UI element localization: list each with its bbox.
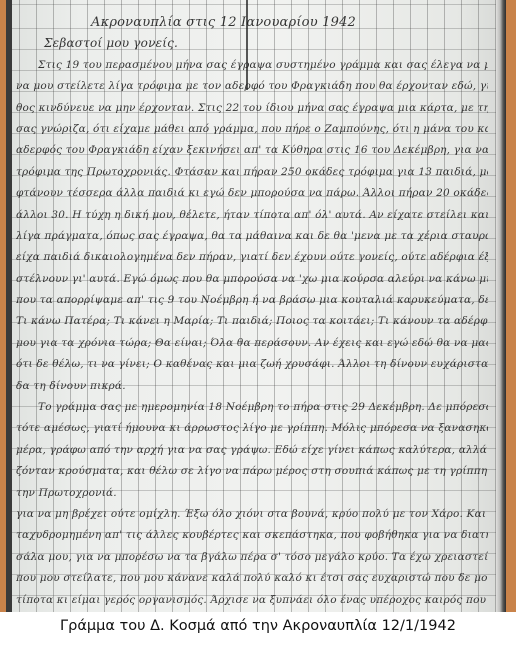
paper-left-shadow <box>6 0 12 612</box>
letter-line: φτάνουν τέσσερα άλλα παιδιά κι εγώ δεν μ… <box>16 183 488 204</box>
letter-line: ότι δε θέλω, τι να γίνει; Ο καθένας και … <box>16 354 488 375</box>
letter-line: τρόφιμα της Πρωτοχρονιάς. Φτάσαν και πήρ… <box>16 162 488 183</box>
letter-greeting: Σεβαστοί μου γονείς. <box>16 33 488 54</box>
letter-line: την Πρωτοχρονιά. <box>16 483 488 504</box>
letter-line: Στις 19 του περασμένου μήνα σας έγραψα σ… <box>16 55 488 76</box>
letter-line: τίποτα κι είμαι γερός οργανισμός. Άρχισε… <box>16 590 488 611</box>
letter-line: για να μη βρέχει ούτε ομίχλη. Έξω όλο χι… <box>16 504 488 525</box>
handwritten-text: Ακροναυπλία στις 12 Ιανουαρίου 1942 Σεβα… <box>16 12 488 612</box>
letter-line: άλλοι 30. Η τύχη η δική μου, θέλετε, ήτα… <box>16 205 488 226</box>
letter-line: στέλνουν γι' αυτά. Εγώ όμως που θα μπορο… <box>16 269 488 290</box>
letter-line: αδερφός του Φραγκιάδη είχαν ξεκινήσει απ… <box>16 140 488 161</box>
letter-line: ζόνταν κρούσματα, και θέλω σε λίγο να πά… <box>16 461 488 482</box>
letter-line: Το γράμμα σας με ημερομηνία 18 Νοέμβρη τ… <box>16 397 488 418</box>
letter-line: μου για τα χρόνια τώρα; Θα είναι; Όλα θα… <box>16 333 488 354</box>
paper-right-edge <box>496 0 506 612</box>
letter-header: Ακροναυπλία στις 12 Ιανουαρίου 1942 <box>16 12 488 33</box>
letter-line: μέρα, γράφω από την αρχή για να σας γράψ… <box>16 440 488 461</box>
letter-line: σάλα μου, για να μπορέσω να τα βγάλω πέρ… <box>16 547 488 568</box>
document-figure: Ακροναυπλία στις 12 Ιανουαρίου 1942 Σεβα… <box>0 0 516 650</box>
letter-line: να μου στείλετε λίγα τρόφιμα με τον αδερ… <box>16 76 488 97</box>
letter-line: τότε αμέσως, γιατί ήμουνα κι άρρωστος λί… <box>16 418 488 439</box>
letter-line: που μου στείλατε, που μου κάνανε καλά πο… <box>16 568 488 589</box>
letter-photograph: Ακροναυπλία στις 12 Ιανουαρίου 1942 Σεβα… <box>0 0 516 612</box>
letter-line: δα τη δίνουν πικρά. <box>16 376 488 397</box>
letter-paper: Ακροναυπλία στις 12 Ιανουαρίου 1942 Σεβα… <box>6 0 506 612</box>
letter-line: λίγα πράγματα, όπως σας έγραψα, θα τα μά… <box>16 226 488 247</box>
letter-line: ταχυδρομημένη απ' τις άλλες κουβέρτες κα… <box>16 525 488 546</box>
letter-line: θος κινδύνευε να μην έρχονταν. Στις 22 τ… <box>16 98 488 119</box>
letter-line: που τα απορρίψαμε απ' τις 9 του Νοέμβρη … <box>16 290 488 311</box>
letter-line: σας γνώριζα, ότι είχαμε μάθει από γράμμα… <box>16 119 488 140</box>
letter-line: και η όλη μου τη ζωή. Ο Φορμάς αφήσει κι… <box>16 611 488 612</box>
figure-caption: Γράμμα του Δ. Κοσμά από την Ακροναυπλία … <box>0 618 516 634</box>
letter-line: Τι κάνω Πατέρα; Τι κάνει η Μαρία; Τι παι… <box>16 311 488 332</box>
letter-line: είχα παιδιά δικαιολογημένα δεν πήραν, γι… <box>16 247 488 268</box>
